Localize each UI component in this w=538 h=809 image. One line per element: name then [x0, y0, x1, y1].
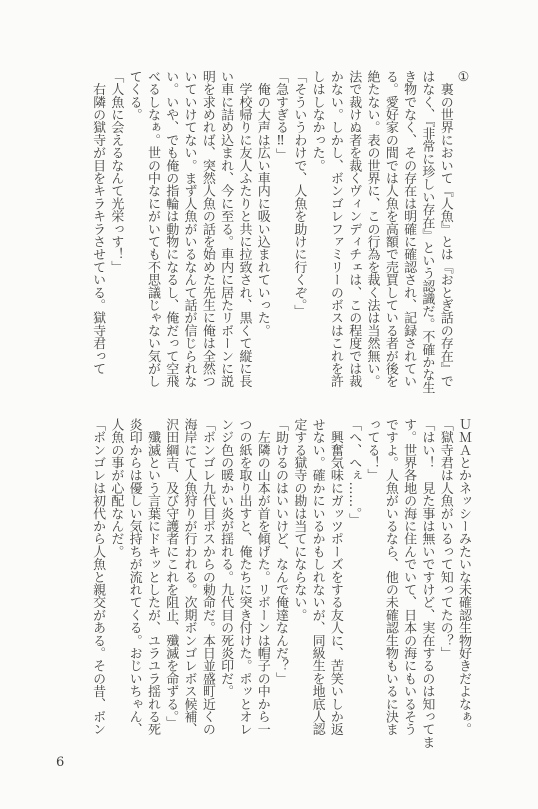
text-line: る。愛好家の間では人魚を高額で売買している者が後を [381, 70, 399, 410]
text-line: 右隣の獄寺が目をキラキラさせている。獄寺君って [88, 70, 106, 410]
text-line: 興奮気味にガッツポーズをする友人に、苦笑いしか返 [326, 418, 344, 758]
text-line: 定する獄寺の勘は当てにならない。 [289, 418, 307, 758]
text-line: い。いや、でも俺の指輪は動物になるし、俺だって空飛 [161, 70, 179, 410]
text-line: 海岸にて人魚狩りが行われる。次期ボンゴレボス候補、 [179, 418, 197, 758]
text-line: 「獄寺君は人魚がいるって知ってたの？」 [435, 418, 453, 758]
text-line: す。世界各地の海に住んでいて、日本の海にもいるそう [399, 418, 417, 758]
text-line: 学校帰りに友人ふたりと共に拉致され、黒くて縦に長 [234, 70, 252, 410]
text-line: 明を求めれば、突然人魚の話を始めた先生に俺は全然つ [198, 70, 216, 410]
text-line: ですよ。人魚がいるなら、他の未確認生物もいるに決ま [381, 418, 399, 758]
text-line: 殲滅という言葉にドキッとしたが、ユラユラ揺れる死 [143, 418, 161, 758]
text-line: ＵＭＡとかネッシーみたいな未確認生物好きだよなぁ。 [454, 418, 472, 758]
text-line: いていけてない。まず人魚がいるなんて話が信じられな [179, 70, 197, 410]
book-page: ① 裏の世界において『人魚』とは『おとぎ話の存在』ではなく、『非常に珍しい存在』… [0, 0, 538, 809]
text-line: 「ボンゴレは初代から人魚と親交がある。その昔、ボン [88, 418, 106, 758]
text-line: 俺の大声は広い車内に吸い込まれていった。 [252, 70, 270, 410]
text-line: べるしなぁ。世の中なにがいても不思議じゃない気がし [143, 70, 161, 410]
text-line: つの紙を取り出すと、俺たちに突き付けた。ポッとオレ [234, 418, 252, 758]
section-number: ① [454, 70, 472, 410]
text-line: 「助けるのはいいけど、なんで俺達なんだ？」 [271, 418, 289, 758]
text-block-bottom: ＵＭＡとかネッシーみたいな未確認生物好きだよなぁ。「獄寺君は人魚がいるって知って… [86, 418, 472, 758]
text-line: 「急すぎる‼」 [271, 70, 289, 410]
text-line: ってる！」 [362, 418, 380, 758]
text-line: 炎印からは優しい気持ちが流れてくる。おじいちゃん、 [124, 418, 142, 758]
page-number: 6 [56, 755, 64, 770]
text-line: しはしなかった。 [307, 70, 325, 410]
text-line: てくる。 [124, 70, 142, 410]
text-line: い車に詰め込まれ、今に至る。車内に居たリボーンに説 [216, 70, 234, 410]
text-line: せない。確かにいるかもしれないが、同級生を地底人認 [307, 418, 325, 758]
text-line: 人魚の事が心配なんだ。 [106, 418, 124, 758]
text-line: はなく、『非常に珍しい存在』という認識だ。不確かな生 [417, 70, 435, 410]
text-line: 「ボンゴレ九代目ボスからの勅命だ。本日並盛町近くの [198, 418, 216, 758]
text-line: 裏の世界において『人魚』とは『おとぎ話の存在』で [435, 70, 453, 410]
text-line: 法で裁けぬ者を裁くヴィンディチェは、この程度では裁 [344, 70, 362, 410]
text-line: ンジ色の暖かい炎が揺れる。九代目の死炎印だ。 [216, 418, 234, 758]
text-line: かない。しかし、ボンゴレファミリーのボスはこれを許 [326, 70, 344, 410]
text-block-top: ① 裏の世界において『人魚』とは『おとぎ話の存在』ではなく、『非常に珍しい存在』… [86, 70, 472, 410]
text-line: 「へ、へぇ……。」 [344, 418, 362, 758]
text-line: 「はい！ 見た事は無いですけど、実在するのは知ってま [417, 418, 435, 758]
text-line: 「そういうわけで、人魚を助けに行くぞ。」 [289, 70, 307, 410]
text-line: 絶たない。表の世界に、この行為を裁く法は当然無い。 [362, 70, 380, 410]
text-line: 沢田綱吉、及び守護者にこれを阻止、殲滅を命ずる。」 [161, 418, 179, 758]
text-line: 「人魚に会えるなんて光栄っす！」 [106, 70, 124, 410]
text-line: 左隣の山本が首を傾げた。リボーンは帽子の中から一 [252, 418, 270, 758]
text-line: き物でなく、その存在は明確に確認され、記録されてい [399, 70, 417, 410]
